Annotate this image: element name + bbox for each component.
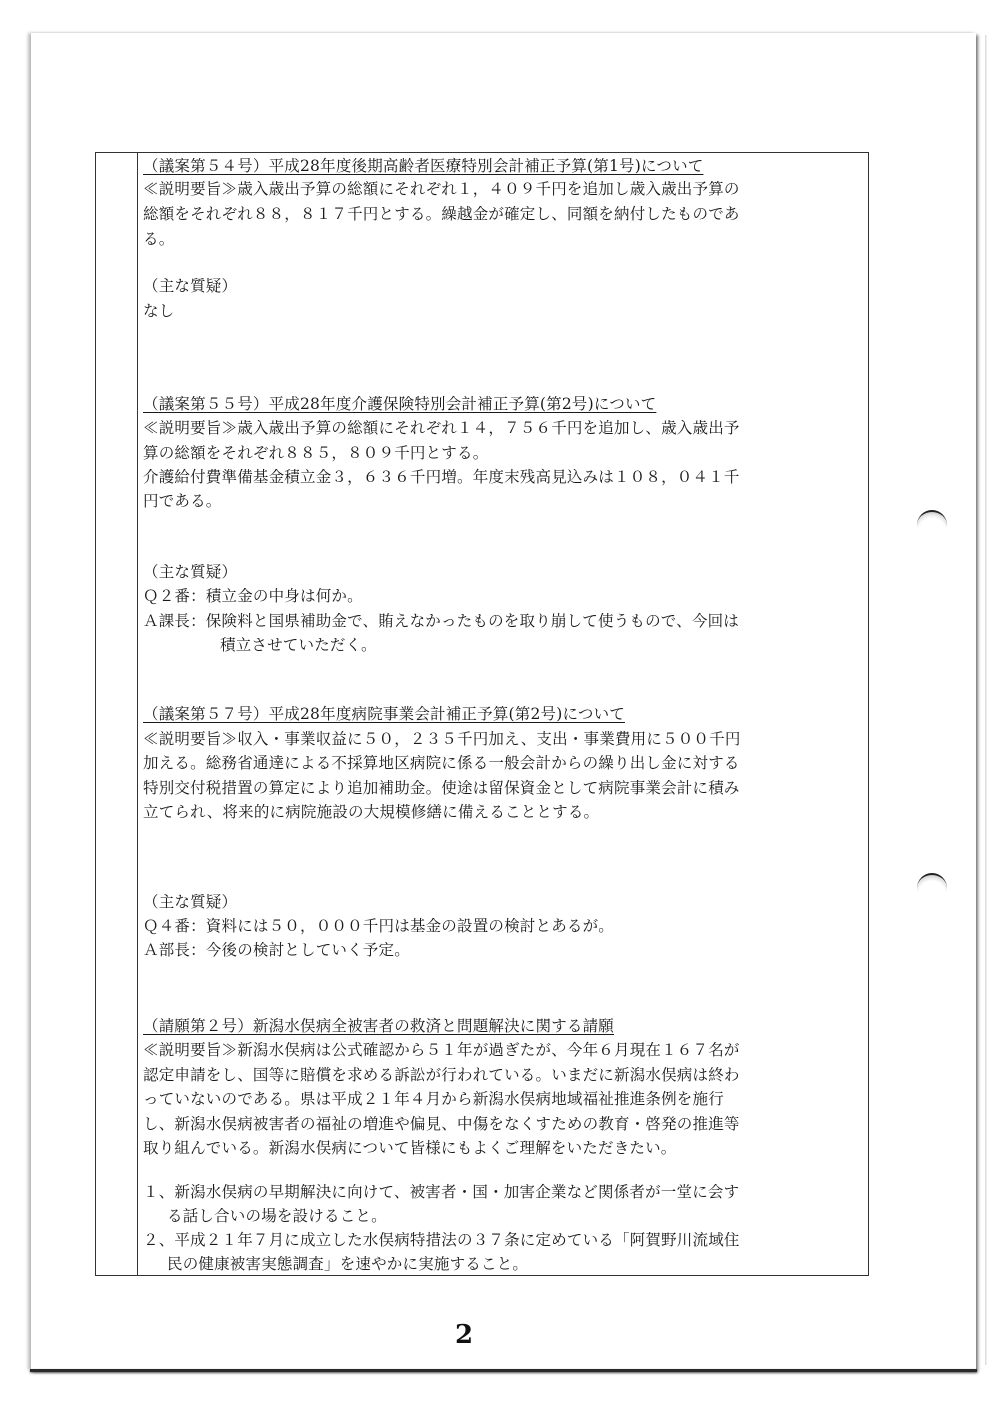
explanation-line: 取り組んでいる。新潟水俣病について皆様にもよくご理解をいただきたい。 xyxy=(143,1137,677,1159)
qa-answer: Ａ部長：今後の検討としていく予定。 xyxy=(143,939,410,961)
explanation-line: ≪説明要旨≫歳入歳出予算の総額にそれぞれ１，４０９千円を追加し歳入歳出予算の xyxy=(143,178,740,200)
punch-hole-icon xyxy=(917,510,947,540)
explanation-line: 介護給付費準備基金積立金３，６３６千円増。年度末残高見込みは１０８，０４１千 xyxy=(143,466,740,488)
explanation-line: ≪説明要旨≫新潟水俣病は公式確認から５１年が過ぎたが、今年６月現在１６７名が xyxy=(143,1039,740,1061)
petition-item-1: １、新潟水俣病の早期解決に向けて、被害者・国・加害企業など関係者が一堂に会す xyxy=(143,1181,739,1203)
petition-item-1-continued: る話し合いの場を設けること。 xyxy=(167,1205,387,1227)
petition-item-2: ２、平成２１年７月に成立した水俣病特措法の３７条に定めている「阿賀野川流域住 xyxy=(143,1229,740,1251)
qa-question: Ｑ２番：積立金の中身は何か。 xyxy=(143,585,363,607)
explanation-line: っていないのである。県は平成２１年４月から新潟水俣病地域福祉推進条例を施行 xyxy=(143,1088,724,1110)
page-number: 2 xyxy=(455,1320,473,1350)
qa-line: なし xyxy=(143,300,174,322)
punch-hole-icon xyxy=(917,873,947,903)
section-heading-bill-55: （議案第５５号）平成28年度介護保険特別会計補正予算(第2号)について xyxy=(143,393,656,415)
qa-label: （主な質疑） xyxy=(143,561,237,583)
qa-answer: Ａ課長：保険料と国県補助金で、賄えなかったものを取り崩して使うもので、今回は xyxy=(143,610,739,632)
explanation-line: 円である。 xyxy=(143,490,222,512)
explanation-line: 総額をそれぞれ８８，８１７千円とする。繰越金が確定し、同額を納付したものであ xyxy=(143,203,740,225)
explanation-line: 特別交付税措置の算定により追加補助金。使途は留保資金として病院事業会計に積み xyxy=(143,777,740,799)
qa-question: Ｑ４番：資料には５０，０００千円は基金の設置の検討とあるが。 xyxy=(143,915,614,937)
explanation-line: 加える。総務省通達による不採算地区病院に係る一般会計からの繰り出し金に対する xyxy=(143,752,740,774)
explanation-line: 立てられ、将来的に病院施設の大規模修繕に備えることとする。 xyxy=(143,801,599,823)
page-edge xyxy=(985,35,987,1365)
table-label-column xyxy=(96,153,138,1275)
section-heading-bill-57: （議案第５７号）平成28年度病院事業会計補正予算(第2号)について xyxy=(143,703,625,725)
explanation-line: ≪説明要旨≫収入・事業収益に５０，２３５千円加え、支出・事業費用に５００千円 xyxy=(143,728,741,750)
qa-label: （主な質疑） xyxy=(143,275,237,297)
petition-item-2-continued: 民の健康被害実態調査」を速やかに実施すること。 xyxy=(167,1253,528,1275)
section-heading-bill-54: （議案第５４号）平成28年度後期高齢者医療特別会計補正予算(第1号)について xyxy=(143,155,703,177)
qa-label: （主な質疑） xyxy=(143,891,237,913)
section-heading-petition-2: （請願第２号）新潟水俣病全被害者の救済と問題解決に関する請願 xyxy=(143,1015,614,1037)
minutes-table: （議案第５４号）平成28年度後期高齢者医療特別会計補正予算(第1号)について ≪… xyxy=(95,152,869,1276)
explanation-line: し、新潟水俣病被害者の福祉の増進や偏見、中傷をなくすための教育・啓発の推進等 xyxy=(143,1113,740,1135)
qa-answer-continued: 積立させていただく。 xyxy=(220,634,377,656)
explanation-line: ≪説明要旨≫歳入歳出予算の総額にそれぞれ１４，７５６千円を追加し、歳入歳出予 xyxy=(143,417,740,439)
explanation-line: 算の総額をそれぞれ８８５，８０９千円とする。 xyxy=(143,442,488,464)
explanation-line: 認定申請をし、国等に賠償を求める訴訟が行われている。いまだに新潟水俣病は終わ xyxy=(143,1064,740,1086)
explanation-line: る。 xyxy=(143,228,174,250)
page-bottom-edge xyxy=(30,1369,977,1372)
